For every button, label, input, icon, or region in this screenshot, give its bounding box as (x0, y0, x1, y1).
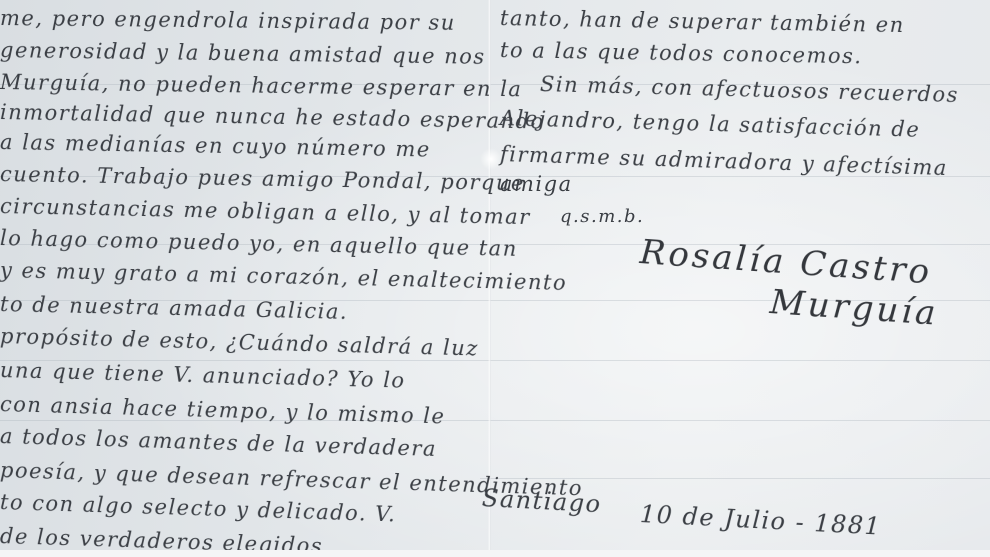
left-line: propósito de esto, ¿Cuándo saldrá a luz (0, 324, 479, 361)
left-line: me, pero engendrola inspirada por su (0, 6, 456, 35)
right-line: amiga (500, 172, 573, 196)
date: 10 de Julio - 1881 (639, 500, 882, 541)
right-line: Sin más, con afectuosos recuerdos (540, 72, 960, 107)
left-line: a todos los amantes de la verdadera (0, 424, 437, 461)
left-line: generosidad y la buena amistad que nos (0, 38, 486, 69)
left-line: a las medianías en cuyo número me (0, 130, 431, 162)
right-line: tanto, han de superar también en (500, 6, 905, 37)
closing: q.s.m.b. (560, 206, 644, 227)
place: Santiago (481, 484, 602, 518)
left-line: y es muy grato a mi corazón, el enalteci… (0, 258, 567, 295)
left-line: inmortalidad que nunca he estado esperan… (0, 100, 545, 134)
left-line: Murguía, no pueden hacerme esperar en la (0, 70, 523, 101)
left-line: con ansia hace tiempo, y lo mismo le (0, 392, 446, 428)
left-line: de los verdaderos elegidos (0, 524, 323, 550)
left-line: lo hago como puedo yo, en aquello que ta… (0, 226, 518, 261)
left-line: to de nuestra amada Galicia. (0, 292, 348, 324)
letter-photo: me, pero engendrola inspirada por su gen… (0, 0, 990, 550)
right-line: Alejandro, tengo la satisfacción de (500, 106, 921, 142)
left-line: una que tiene V. anunciado? Yo lo (0, 358, 406, 393)
fold-glint (480, 148, 502, 170)
photo-border (0, 550, 990, 557)
left-line: circunstancias me obligan a ello, y al t… (0, 194, 531, 229)
left-line: to con algo selecto y delicado. V. (0, 490, 397, 526)
left-line: cuento. Trabajo pues amigo Pondal, porqu… (0, 162, 525, 195)
right-line: to a las que todos conocemos. (500, 38, 863, 68)
